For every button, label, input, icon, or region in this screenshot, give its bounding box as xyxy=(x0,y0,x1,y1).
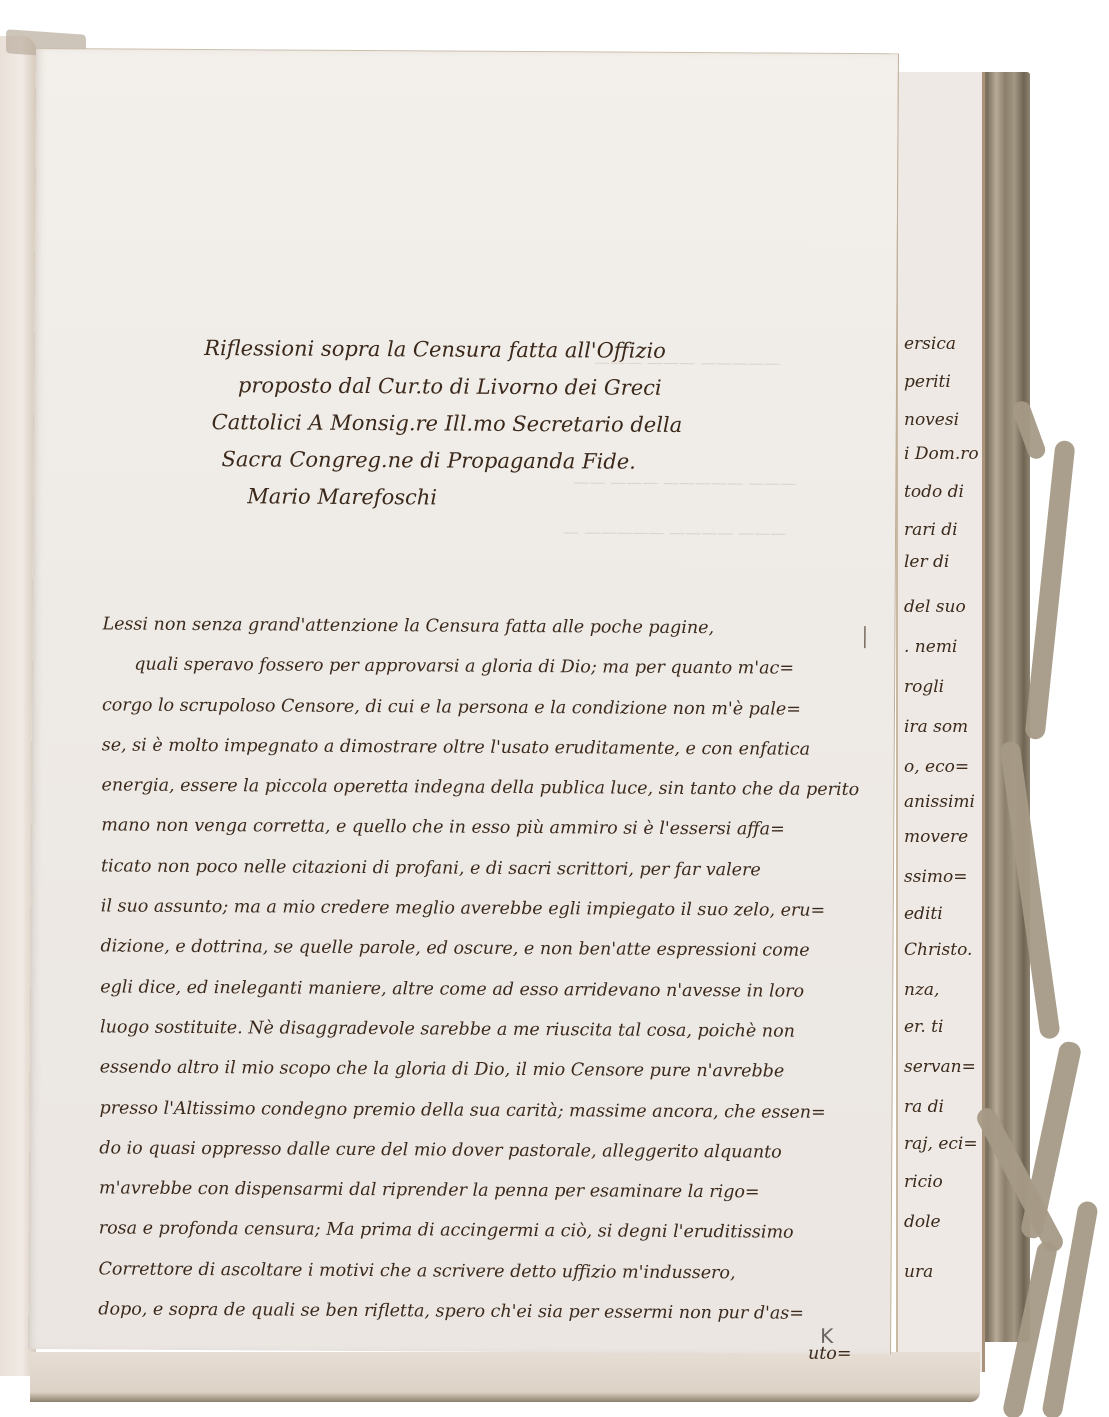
title-line: Cattolici A Monsig.re Ill.mo Secretario … xyxy=(204,404,804,445)
fragment: del suo xyxy=(904,597,966,617)
fragment: raj, eci= xyxy=(904,1134,978,1154)
fragment: servan= xyxy=(904,1057,976,1077)
fragment: nza, xyxy=(904,980,939,1000)
body-line: dizione, e dottrina, se quelle parole, e… xyxy=(100,927,890,972)
body-line: rosa e profonda censura; Ma prima di acc… xyxy=(99,1209,889,1254)
fragment: ersica xyxy=(904,334,956,354)
fragment: novesi xyxy=(904,410,959,430)
title-line: Sacra Congreg.ne di Propaganda Fide. xyxy=(203,441,803,482)
body-line: presso l'Altissimo condegno premio della… xyxy=(99,1088,889,1133)
body-line: il suo assunto; ma a mio credere meglio … xyxy=(101,886,891,931)
fragment: . nemi xyxy=(904,637,957,657)
folio-mark: K xyxy=(820,1324,833,1348)
fragment: Christo. xyxy=(904,940,972,960)
fragment: ura xyxy=(904,1262,933,1282)
title-line: proposto dal Cur.to di Livorno dei Greci xyxy=(204,367,804,408)
fragment: er. ti xyxy=(904,1017,943,1037)
body-line: energia, essere la piccola operetta inde… xyxy=(101,766,891,811)
body-line: corgo lo scrupoloso Censore, di cui e la… xyxy=(102,685,892,730)
fragment: ricio xyxy=(904,1172,943,1192)
manuscript-leaf: ————— ——— ——— ——— ————— ——— —— ——— ———— … xyxy=(28,48,899,1354)
fragment: anissimi xyxy=(904,792,975,812)
body-line: ticato non poco nelle citazioni di profa… xyxy=(101,846,891,891)
cloth-tie xyxy=(1024,440,1075,740)
fragment: rogli xyxy=(904,677,944,697)
fragment: ssimo= xyxy=(904,867,967,887)
fragment: i Dom.ro xyxy=(904,444,979,464)
body-line: essendo altro il mio scopo che la gloria… xyxy=(100,1048,890,1093)
body-line: se, si è molto impegnato a dimostrare ol… xyxy=(102,725,892,770)
fragment: dole xyxy=(904,1212,941,1232)
fragment: editi xyxy=(904,904,943,924)
underlying-leaf: ersica periti novesi i Dom.ro todo di ra… xyxy=(896,72,985,1372)
body-line: quali speravo fossero per approvarsi a g… xyxy=(102,645,892,690)
fragment: ler di xyxy=(904,552,949,572)
fragment: ra di xyxy=(904,1097,944,1117)
document-title: Riflessioni sopra la Censura fatta all'O… xyxy=(203,330,804,519)
body-line: Correttore di ascoltare i motivi che a s… xyxy=(98,1249,888,1294)
author-line: Mario Marefoschi xyxy=(203,478,803,519)
fragment: ira som xyxy=(904,717,968,737)
fragment: rari di xyxy=(904,520,958,540)
body-line: mano non venga corretta, e quello che in… xyxy=(101,806,891,851)
fragment: todo di xyxy=(904,482,964,502)
fragment: o, eco= xyxy=(904,757,969,777)
fragment: periti xyxy=(904,372,951,392)
catchword: uto= xyxy=(98,1330,888,1375)
body-line: luogo sostituite. Nè disaggradevole sare… xyxy=(100,1007,890,1052)
body-line: m'avrebbe con dispensarmi dal riprender … xyxy=(99,1169,889,1214)
body-line: do io quasi oppresso dalle cure del mio … xyxy=(99,1128,889,1173)
title-line: Riflessioni sopra la Censura fatta all'O… xyxy=(204,330,804,371)
body-line: Lessi non senza grand'attenzione la Cens… xyxy=(102,604,892,649)
bleed-through: ——— ———— ————— — xyxy=(563,522,786,542)
body-text: Lessi non senza grand'attenzione la Cens… xyxy=(98,604,893,1374)
body-line: dopo, e sopra de quali se ben rifletta, … xyxy=(98,1289,888,1334)
body-line: egli dice, ed ineleganti maniere, altre … xyxy=(100,967,890,1012)
fragment: movere xyxy=(904,827,968,847)
